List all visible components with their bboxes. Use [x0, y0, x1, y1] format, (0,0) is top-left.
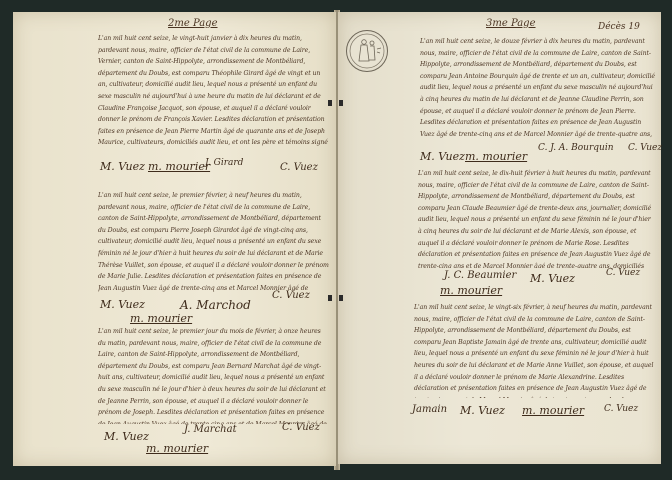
birth-act-1: L'an mil huit cent seize, le vingt-huit …: [98, 33, 330, 149]
binding-hole: [328, 295, 332, 301]
birth-act-2: L'an mil huit cent seize, le premier fév…: [98, 190, 330, 292]
signature-maire: M. Vuez: [100, 298, 145, 311]
right-page-header: 3me Page: [486, 18, 536, 29]
signature-officer: C. Vuez: [272, 290, 310, 301]
signature-maire: M. Vuez: [460, 404, 505, 417]
signature-witness: m. mourier: [522, 404, 584, 417]
signature-witness: m. mourier: [465, 150, 527, 163]
birth-act-5: L'an mil huit cent seize, le dix-huit fé…: [418, 168, 656, 268]
signature-officer: C. Vuez: [280, 162, 318, 173]
birth-act-4: L'an mil huit cent seize, le douze févri…: [420, 36, 656, 140]
signature-officer: C. Vuez: [604, 404, 638, 414]
signature-witness: m. mourier: [440, 284, 502, 297]
signature-witness: m. mourier: [130, 312, 192, 325]
birth-act-3: L'an mil huit cent seize, le premier jou…: [98, 326, 330, 424]
signature-maire: M. Vuez: [100, 160, 145, 173]
signature-declarant: J. Girard: [205, 158, 243, 168]
seal-stamp: [346, 30, 388, 72]
signature-declarant: A. Marchod: [180, 298, 251, 312]
seal-figures-icon: [347, 31, 387, 71]
signature-officer: C. Vuez: [606, 268, 640, 278]
signature-declarant: Jamain: [412, 404, 447, 415]
signature-maire: M. Vuez: [104, 430, 149, 443]
binding-hole: [339, 100, 343, 106]
signature-maire: M. Vuez: [530, 272, 575, 285]
birth-act-6: L'an mil huit cent seize, le vingt-six f…: [414, 302, 656, 398]
signature-maire: M. Vuez: [420, 150, 465, 163]
left-page-header: 2me Page: [168, 18, 218, 29]
margin-note: Décès 19: [598, 22, 640, 32]
signature-officer: C. Vuez: [628, 143, 662, 153]
signature-officer: C. Vuez: [282, 422, 320, 433]
signature-declarant: C. J. A. Bourquin: [538, 143, 614, 153]
signature-witness: m. mourier: [148, 160, 210, 173]
binding-hole: [339, 295, 343, 301]
signature-declarant: J. Marchat: [184, 424, 237, 435]
signature-declarant: J. C. Beaumier: [444, 270, 516, 281]
signature-witness: m. mourier: [146, 442, 208, 455]
